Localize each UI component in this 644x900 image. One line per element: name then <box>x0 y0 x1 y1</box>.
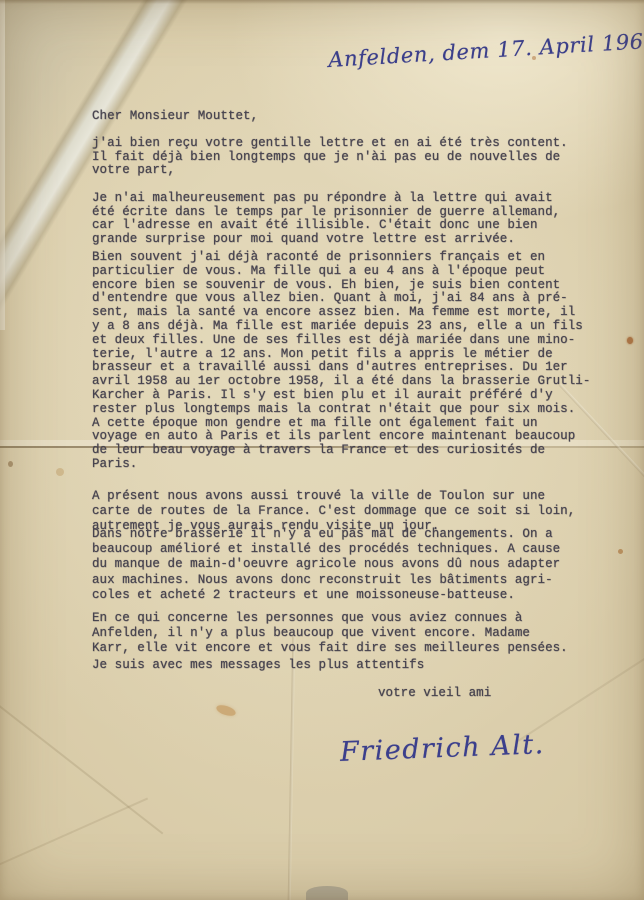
handwritten-date: Anfelden, dem 17. April 1961. <box>328 28 644 72</box>
letter-paragraph-2: Je n'ai malheureusement pas pu répondre … <box>92 192 560 247</box>
letter-paragraph-6: En ce qui concerne les personnes que vou… <box>92 611 568 657</box>
letter-paragraph-3: Bien souvent j'ai déjà raconté de prison… <box>92 251 590 472</box>
rust-stain <box>627 337 633 344</box>
rust-stain <box>618 549 623 554</box>
paper-wrinkle <box>0 704 163 835</box>
rust-stain <box>215 703 237 718</box>
vertical-fold-crease <box>288 636 296 900</box>
letter-scan: Anfelden, dem 17. April 1961. Cher Monsi… <box>0 0 644 900</box>
letter-paragraph-1: j'ai bien reçu votre gentille lettre et … <box>92 137 568 178</box>
letter-paragraph-7: Je suis avec mes messages les plus atten… <box>92 658 424 673</box>
paper-edge-top <box>0 0 644 4</box>
letter-closing: votre vieil ami <box>378 686 491 700</box>
gray-smudge <box>306 886 348 900</box>
letter-greeting: Cher Monsieur Mouttet, <box>92 109 258 123</box>
paper-wrinkle <box>0 798 148 869</box>
handwritten-signature: Friedrich Alt. <box>339 729 545 768</box>
letter-paragraph-5: Dans notre brasserie il n'y a eu pas mal… <box>92 527 560 603</box>
rust-stain <box>56 468 64 476</box>
rust-stain <box>8 461 13 467</box>
paper-edge-left <box>0 0 5 330</box>
